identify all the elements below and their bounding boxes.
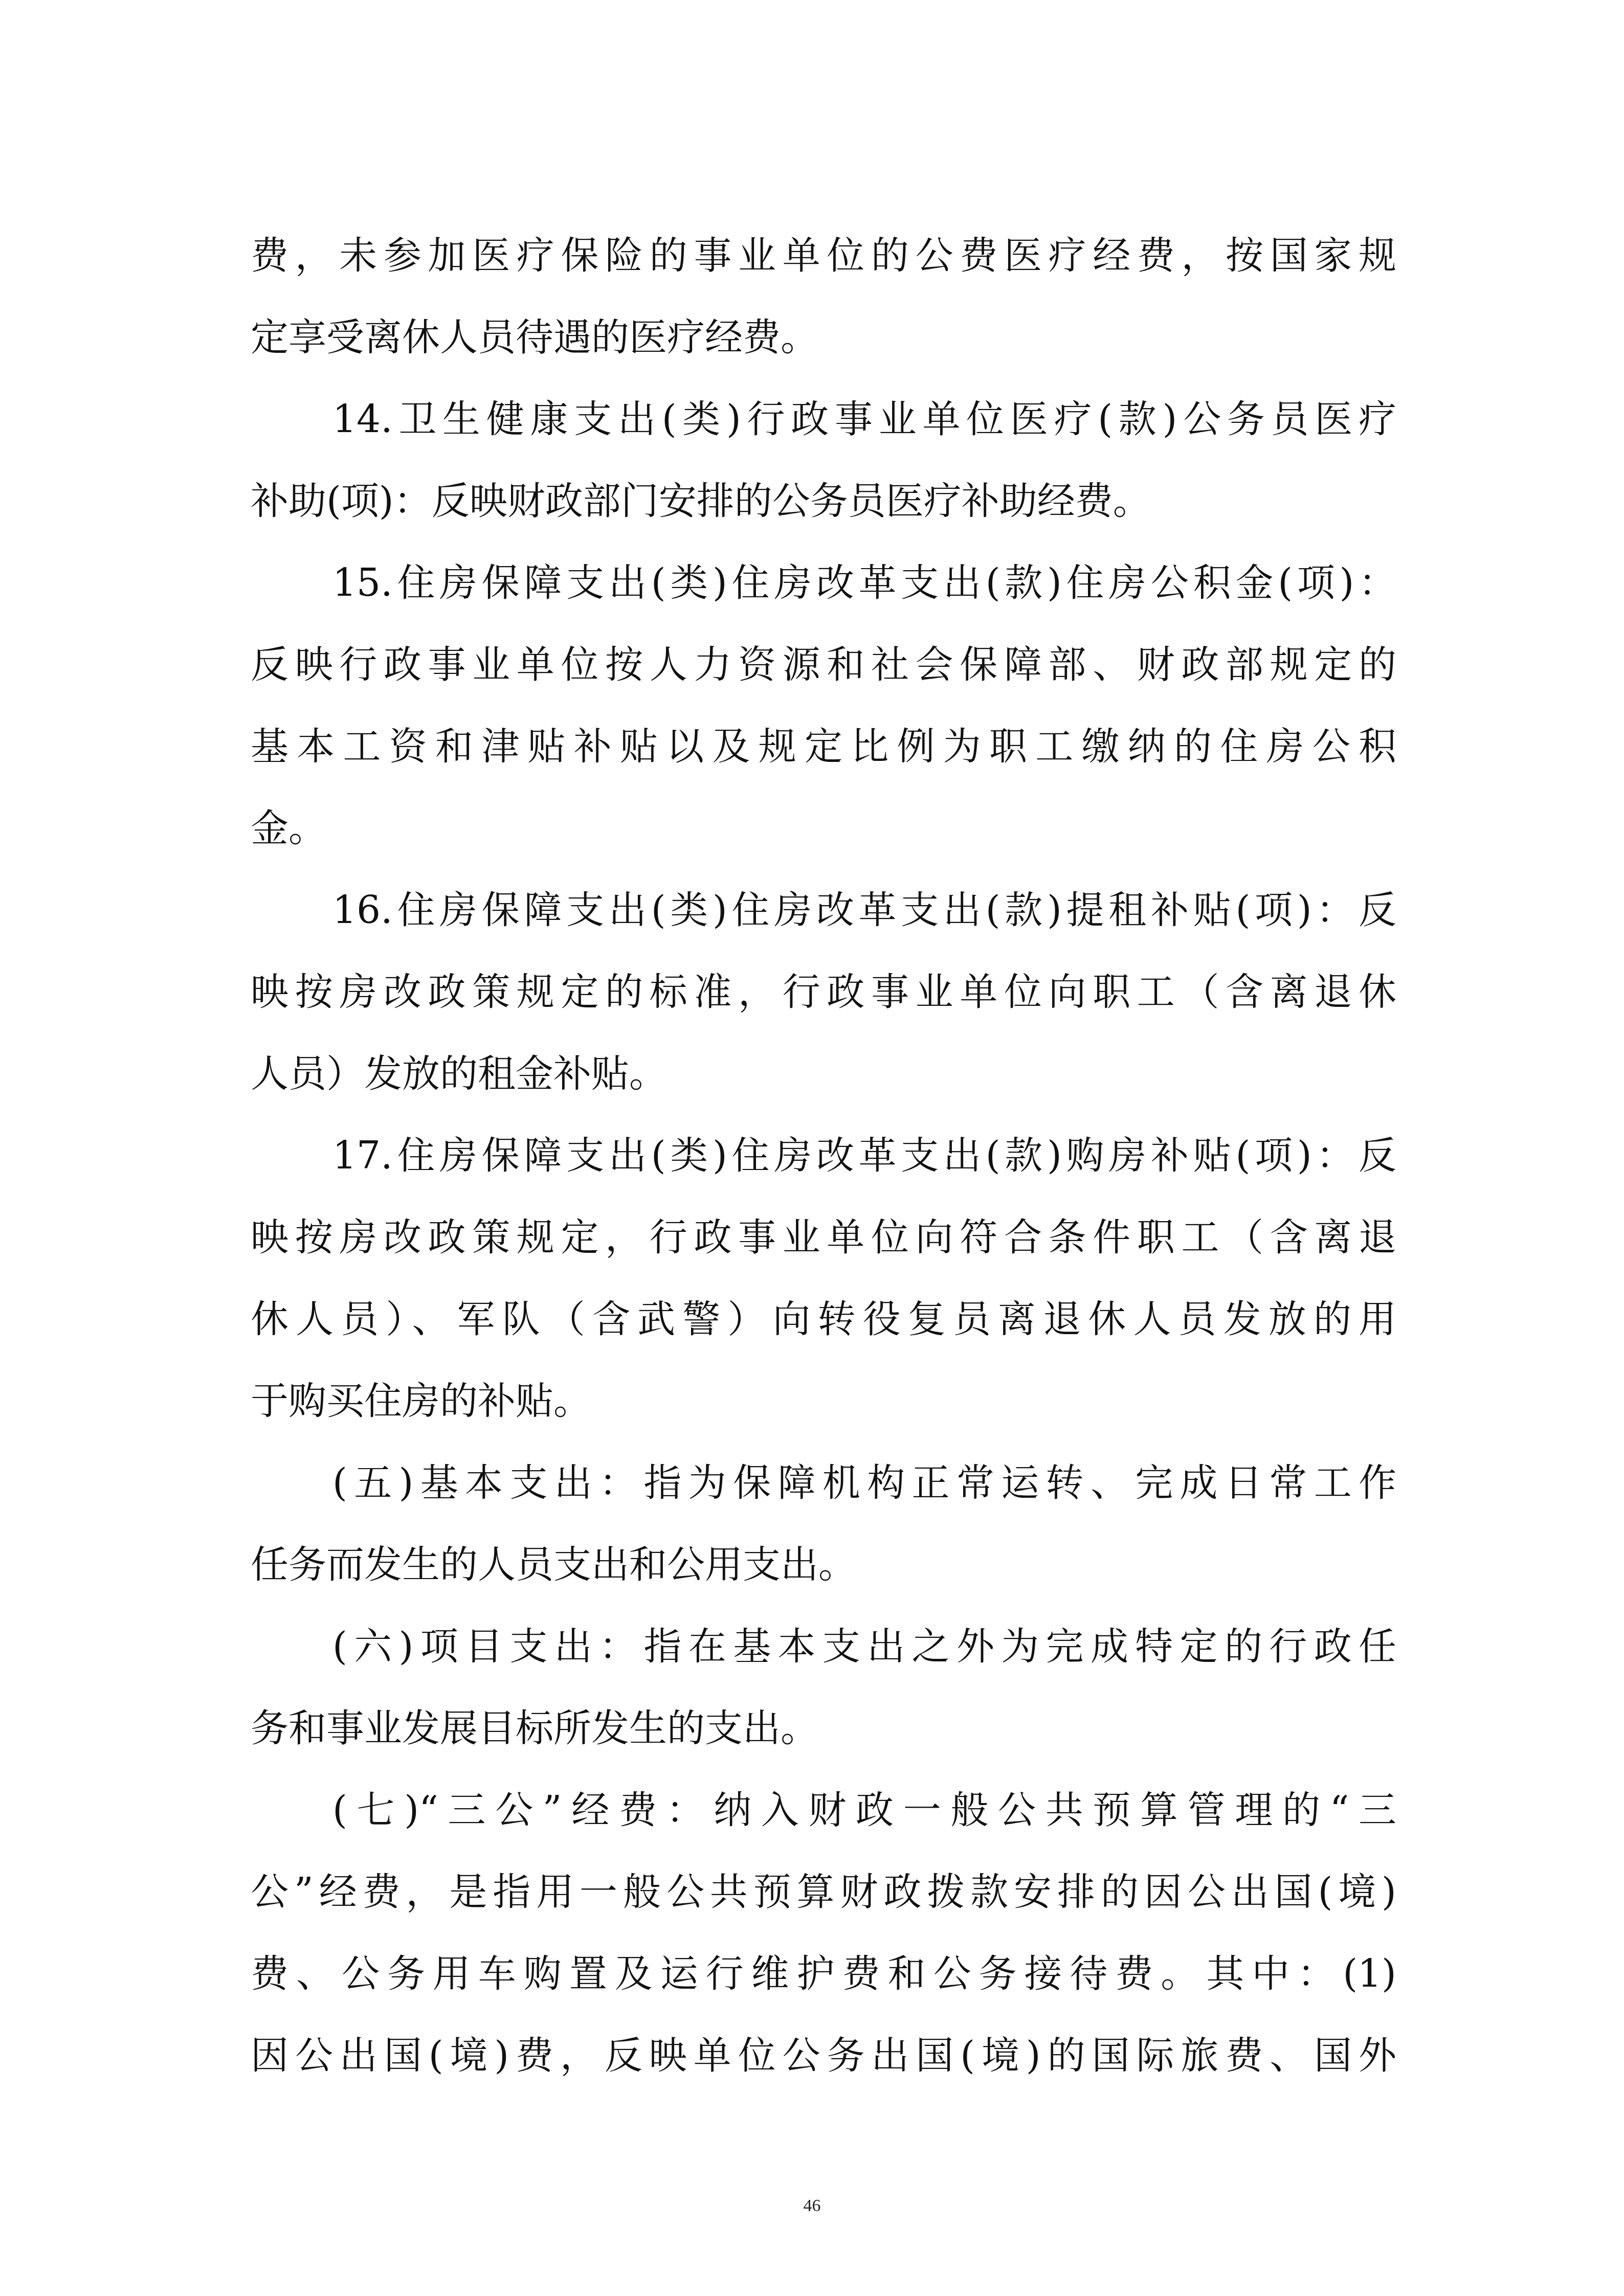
text-line: 映按房改政策规定的标准，行政事业单位向职工（含离退休 — [251, 961, 1396, 1023]
text-line: 于购买住房的补贴。 — [251, 1370, 1396, 1432]
text-line: 任务而发生的人员支出和公用支出。 — [251, 1534, 1396, 1595]
page-number: 46 — [0, 2196, 1624, 2216]
text-line: 费、公务用车购置及运行维护费和公务接待费。其中：(1) — [251, 1943, 1396, 2005]
text-line: 公”经费，是指用一般公共预算财政拨款安排的因公出国(境) — [251, 1861, 1396, 1923]
text-line: 金。 — [251, 798, 1396, 859]
text-line: 务和事业发展目标所发生的支出。 — [251, 1698, 1396, 1759]
text-line: 反映行政事业单位按人力资源和社会保障部、财政部规定的 — [251, 634, 1396, 695]
paragraph-16-heading: 16.住房保障支出(类)住房改革支出(款)提租补贴(项)：反 — [332, 880, 1396, 941]
text-line: 人员）发放的租金补贴。 — [251, 1043, 1396, 1105]
text-line: 补助(项)：反映财政部门安排的公务员医疗补助经费。 — [251, 470, 1396, 532]
text-line: 休人员）、军队（含武警）向转役复员离退休人员发放的用 — [251, 1289, 1396, 1350]
section-6-heading: (六)项目支出：指在基本支出之外为完成特定的行政任 — [332, 1616, 1396, 1677]
text-line: 费，未参加医疗保险的事业单位的公费医疗经费，按国家规 — [251, 225, 1396, 286]
text-line: 因公出国(境)费，反映单位公务出国(境)的国际旅费、国外 — [251, 2025, 1396, 2086]
text-line: 映按房改政策规定，行政事业单位向符合条件职工（含离退 — [251, 1207, 1396, 1268]
section-7-heading: (七)“三公”经费：纳入财政一般公共预算管理的“三 — [332, 1780, 1396, 1841]
paragraph-14-heading: 14.卫生健康支出(类)行政事业单位医疗(款)公务员医疗 — [332, 389, 1396, 450]
document-page: 费，未参加医疗保险的事业单位的公费医疗经费，按国家规 定享受离休人员待遇的医疗经… — [0, 0, 1624, 2296]
text-line: 定享受离休人员待遇的医疗经费。 — [251, 307, 1396, 368]
paragraph-15-heading: 15.住房保障支出(类)住房改革支出(款)住房公积金(项)： — [332, 552, 1396, 614]
paragraph-17-heading: 17.住房保障支出(类)住房改革支出(款)购房补贴(项)：反 — [332, 1125, 1396, 1186]
text-line: 基本工资和津贴补贴以及规定比例为职工缴纳的住房公积 — [251, 716, 1396, 777]
section-5-heading: (五)基本支出：指为保障机构正常运转、完成日常工作 — [332, 1452, 1396, 1514]
